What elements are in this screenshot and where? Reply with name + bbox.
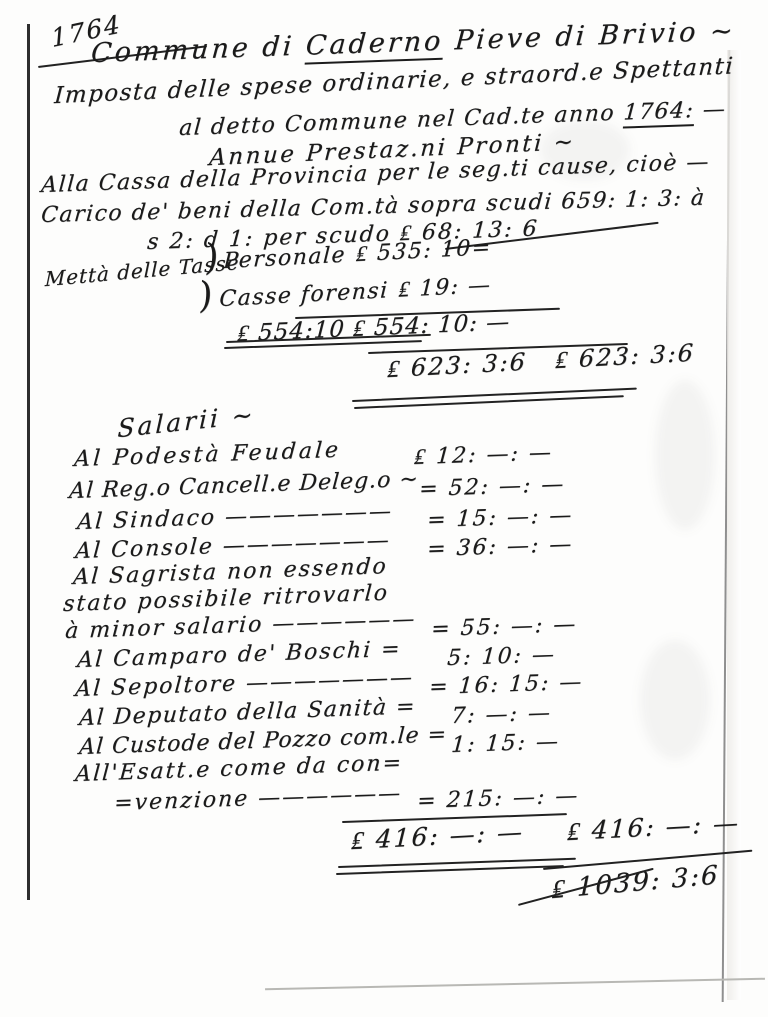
salary-row-amount: = 215: —: — bbox=[416, 784, 580, 813]
brace-lower: ) bbox=[196, 276, 215, 315]
manuscript-page: 1764 Commune di Caderno Pieve di Brivio … bbox=[0, 0, 768, 1017]
salari-subtotal-carry: ₤ 416: —: — bbox=[567, 810, 741, 845]
provincia-total-carry: ₤ 623: 3:6 bbox=[555, 341, 696, 374]
salary-row-amount: = 16: 15: — bbox=[428, 671, 584, 700]
title-line-1-pre: Commune di bbox=[90, 30, 307, 69]
show-through-mark bbox=[655, 380, 715, 530]
scan-left-edge bbox=[27, 24, 30, 900]
salary-row-amount: = 36: —: — bbox=[426, 533, 574, 561]
salary-row-amount: 1: 15: — bbox=[450, 730, 560, 757]
item-amount: ₤ 19: — bbox=[388, 273, 492, 303]
salary-row-amount: = 52: —: — bbox=[418, 473, 566, 501]
salary-row-amount: = 15: —: — bbox=[426, 504, 574, 532]
salary-row-amount: = 55: —: — bbox=[430, 613, 578, 641]
provincia-total: ₤ 623: 3:6 bbox=[387, 350, 528, 383]
salary-row-label: =venzione —————— bbox=[113, 782, 403, 815]
item-label: Casse forensi bbox=[219, 278, 390, 312]
show-through-mark bbox=[640, 640, 710, 760]
tasse-item-forensi: Casse forensi₤ 19: — bbox=[219, 274, 492, 311]
title-line-3-post: — bbox=[694, 97, 728, 123]
title-line-1-post: Pieve di Brivio ~ bbox=[442, 15, 736, 56]
salari-heading: Salarii ~ bbox=[117, 401, 256, 442]
salary-row-amount: ₤ 12: —: — bbox=[413, 441, 553, 469]
title-place-underlined: Caderno bbox=[305, 26, 445, 65]
salary-row-amount: 5: 10: — bbox=[446, 643, 556, 670]
salary-row-label: Al Reg.o Cancell.e Deleg.o ~ bbox=[68, 468, 419, 503]
salary-row-amount: 7: —: — bbox=[450, 701, 552, 728]
salari-subtotal: ₤ 416: —: — bbox=[351, 819, 525, 854]
item-label: Personale bbox=[223, 243, 347, 275]
salary-row-label: Al Podestà Feudale bbox=[73, 439, 341, 471]
title-year-underlined: 1764: bbox=[622, 98, 695, 129]
paper-fold-line bbox=[265, 978, 765, 990]
grand-total: ₤ 1039: 3:6 bbox=[552, 862, 720, 904]
paper-right-shadow bbox=[727, 50, 741, 1000]
